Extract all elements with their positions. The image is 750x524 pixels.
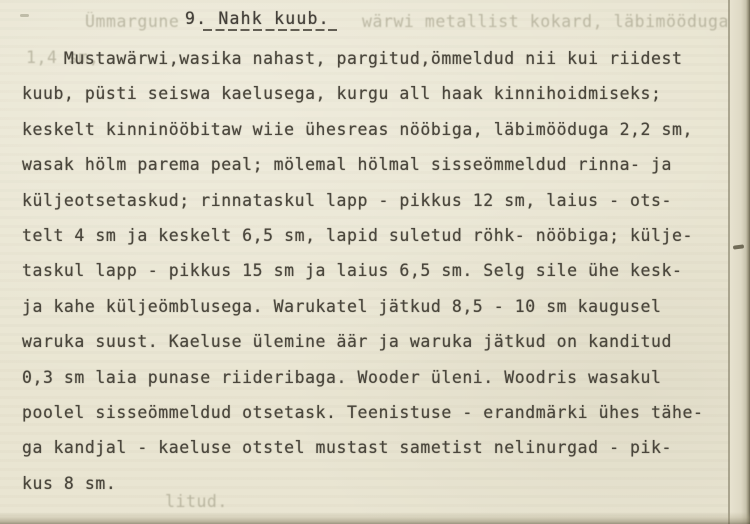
text-line: telt 4 sm ja keskelt 6,5 sm, lapid sulet… — [22, 218, 722, 253]
text-line: waruka suust. Kaeluse ülemine äär ja war… — [22, 324, 722, 359]
bleedthrough-text: wärwi metallist kokard, läbimööduga — [362, 12, 729, 31]
text-line: kuub, püsti seiswa kaelusega, kurgu all … — [22, 76, 722, 111]
text-line: küljeotsetaskud; rinnataskul lapp - pikk… — [22, 183, 722, 218]
body-text: Mustawärwi,wasika nahast, pargitud,ömmel… — [22, 41, 722, 501]
text-line: ga kandjal - kaeluse otstel mustast same… — [22, 430, 722, 465]
text-line: poolel sisseömmeldud otsetask. Teenistus… — [22, 395, 722, 430]
title-text: Nahk kuub. — [218, 9, 329, 28]
bottom-shadow — [0, 512, 750, 524]
text-line: Mustawärwi,wasika nahast, pargitud,ömmel… — [22, 41, 722, 76]
text-line: 0,3 sm laia punase riideribaga. Wooder ü… — [22, 360, 722, 395]
text-line: taskul lapp - pikkus 15 sm ja laius 6,5 … — [22, 253, 722, 288]
text-line: ja kahe küljeömblusega. Warukatel jätkud… — [22, 289, 722, 324]
text-line: keskelt kinninööbitaw wiie ühesreas nööb… — [22, 112, 722, 147]
text-line: kus 8 sm. — [22, 466, 722, 501]
text-line: wasak hölm parema peal; mölemal hölmal s… — [22, 147, 722, 182]
bleedthrough-text: Ümmargune — [85, 12, 179, 31]
page-title: 9. Nahk kuub. — [185, 9, 330, 28]
title-number: 9. — [185, 9, 218, 28]
page-edge-strip — [730, 0, 750, 524]
paper-speck — [20, 14, 29, 17]
scanned-document-page: Ümmargunewärwi metallist kokard, läbimöö… — [0, 0, 750, 524]
title-underline — [203, 29, 339, 31]
